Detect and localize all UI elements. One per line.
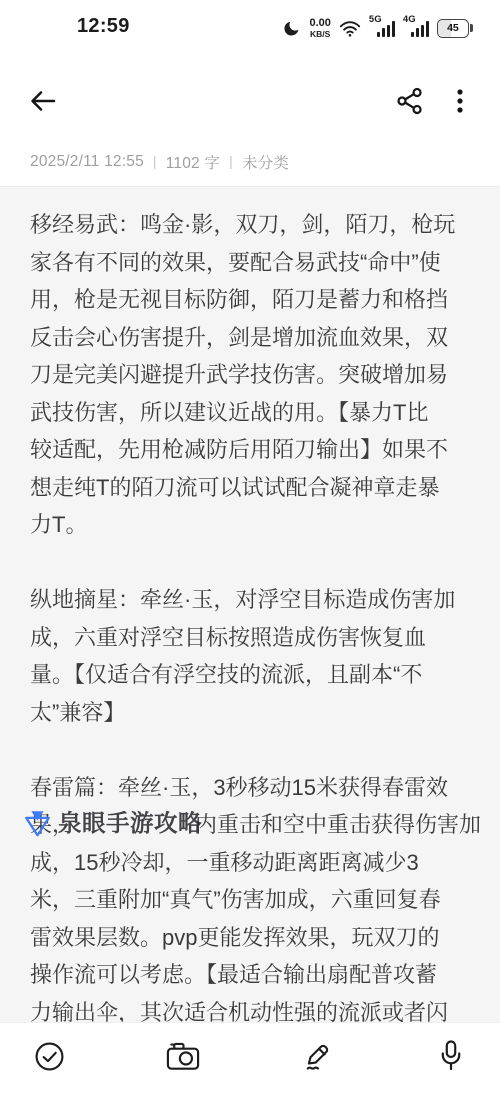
note-line: 操作流可以考虑。【最适合输出扇配普攻蓄 (30, 956, 470, 994)
signal-5g-icon: 5G (369, 16, 395, 40)
note-category[interactable]: 未分类 (242, 151, 289, 173)
more-menu-button[interactable] (446, 86, 474, 116)
moon-icon (282, 19, 301, 38)
check-circle-icon (33, 1040, 66, 1073)
note-line: 家各有不同的效果，要配合易武技“命中”使 (30, 244, 470, 282)
note-line: 成，15秒冷却，一重移动距离距离减少3 (30, 844, 470, 882)
share-icon (394, 85, 426, 117)
note-datetime: 2025/2/11 12:55 (30, 153, 144, 171)
battery-percent: 45 (447, 22, 459, 34)
voice-note-button[interactable] (432, 1035, 470, 1077)
network-speed: 0.00 KB/S (309, 18, 330, 39)
microphone-icon (439, 1039, 463, 1073)
note-line: 力输出伞，其次适合机动性强的流派或者闪 (30, 994, 470, 1023)
paragraph: 纵地摘星：牵丝·玉，对浮空目标造成伤害加 成，六重对浮空目标按照造成伤害恢复血 … (30, 581, 470, 731)
notes-app-screen: 12:59 0.00 KB/S 5G 4 (0, 0, 500, 1097)
more-menu-icon (446, 86, 474, 116)
note-line-text: 果， 内重击和空中重击获得伤害加 (30, 812, 481, 837)
camera-icon (165, 1041, 201, 1072)
network-speed-value: 0.00 (309, 18, 330, 29)
app-header (28, 80, 474, 122)
note-line: 成，六重对浮空目标按照造成伤害恢复血 (30, 619, 470, 657)
note-line: 雷效果层数。pvp更能发挥效果，玩双刀的 (30, 919, 470, 957)
note-line: 移经易武：鸣金·影，双刀，剑，陌刀，枪玩 (30, 206, 470, 244)
paragraph: 移经易武：鸣金·影，双刀，剑，陌刀，枪玩 家各有不同的效果，要配合易武技“命中”… (30, 206, 470, 544)
note-line: 量。【仅适合有浮空技的流派，且副本“不 (30, 656, 470, 694)
note-meta: 2025/2/11 12:55 | 1102 字 | 未分类 (30, 151, 289, 173)
note-line: 太”兼容】 (30, 694, 470, 732)
note-word-count: 1102 字 (166, 151, 220, 173)
clock-time: 12:59 (77, 15, 130, 38)
paragraph: 春雷篇：牵丝·玉，3秒移动15米获得春雷效 果， 内重击和空中重击获得伤害加 泉… (30, 769, 470, 1023)
meta-separator: | (153, 153, 157, 169)
back-button[interactable] (28, 86, 58, 116)
note-line: 米，三重附加“真气”伤害加成，六重回复春 (30, 881, 470, 919)
note-line: 想走纯T的陌刀流可以试试配合凝神章走暴 (30, 469, 470, 507)
note-line-watermarked: 果， 内重击和空中重击获得伤害加 泉眼手游攻略 (30, 806, 470, 844)
status-bar: 12:59 0.00 KB/S 5G 4 (0, 0, 500, 56)
note-line: 春雷篇：牵丝·玉，3秒移动15米获得春雷效 (30, 769, 470, 807)
note-body[interactable]: 移经易武：鸣金·影，双刀，剑，陌刀，枪玩 家各有不同的效果，要配合易武技“命中”… (0, 186, 500, 1022)
camera-button[interactable] (164, 1035, 202, 1077)
edit-pen-icon (301, 1040, 334, 1073)
wifi-icon (339, 20, 361, 37)
meta-separator: | (229, 153, 233, 169)
note-line: 反击会心伤害提升，剑是增加流血效果，双 (30, 319, 470, 357)
note-line: 刀是完美闪避提升武学技伤害。突破增加易 (30, 356, 470, 394)
header-actions (394, 85, 474, 117)
handwriting-button[interactable] (298, 1035, 336, 1077)
network-speed-unit: KB/S (310, 30, 330, 39)
signal-4g-icon: 4G (403, 16, 429, 40)
note-line: 力T。 (30, 506, 470, 544)
todo-check-button[interactable] (30, 1035, 68, 1077)
bottom-toolbar (0, 1022, 500, 1097)
note-line: 较适配，先用枪减防后用陌刀输出】如果不 (30, 431, 470, 469)
back-arrow-icon (28, 86, 58, 116)
note-line: 用，枪是无视目标防御，陌刀是蓄力和格挡 (30, 281, 470, 319)
status-icons: 0.00 KB/S 5G 4G (282, 0, 473, 56)
share-button[interactable] (394, 85, 426, 117)
note-line: 纵地摘星：牵丝·玉，对浮空目标造成伤害加 (30, 581, 470, 619)
battery-icon: 45 (437, 19, 473, 38)
note-line: 武技伤害，所以建议近战的用。【暴力T比 (30, 394, 470, 432)
